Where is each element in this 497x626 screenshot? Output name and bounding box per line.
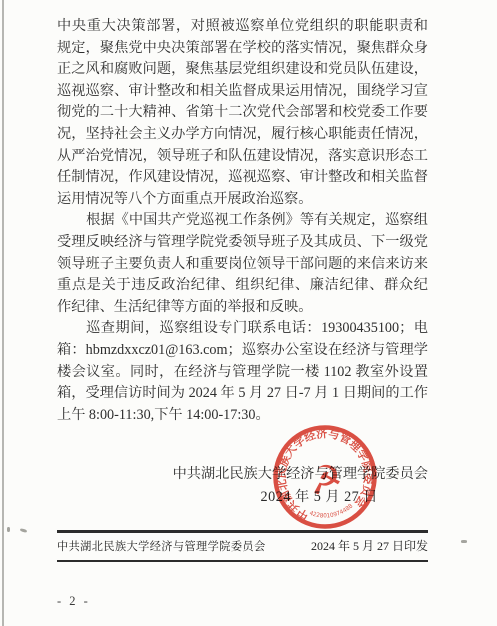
scan-speck [461, 540, 467, 543]
text-line: 领导班子主要负责人和重要岗位领导干部问题的来信来访来电， [57, 254, 428, 276]
text-line: 箱：hbmzdxxcz01@163.com；巡察办公室设在经济与管理学院四 [57, 340, 428, 362]
text-line: 巡查期间，巡察组设专门联系电话：19300435100；电子邮 [57, 318, 428, 340]
body-text: 中央重大决策部署，对照被巡察单位党组织的职能职责和“三定” 规定，聚焦党中央决策… [57, 16, 428, 426]
text-line: 正之风和腐败问题，聚焦基层党组织建设和党员队伍建设，聚焦 [57, 59, 428, 81]
scan-speck [20, 528, 28, 533]
footer-issuer: 中共湖北民族大学经济与管理学院委员会 [57, 538, 266, 554]
text-line: 规定，聚焦党中央决策部署在学校的落实情况，聚焦群众身边不 [57, 38, 428, 60]
text-line: 箱，受理信访时间为 2024 年 5 月 27 日-7 月 1 日期间的工作日 [57, 383, 428, 405]
footer: 中共湖北民族大学经济与管理学院委员会 2024 年 5 月 27 日印发 [57, 537, 428, 554]
scan-edge-line [2, 0, 4, 626]
page-number: - 2 - [57, 594, 90, 609]
text-line: 作纪律、生活纪律等方面的举报和反映。 [57, 297, 428, 319]
text-line: 楼会议室。同时，在经济与管理学院一楼 1102 教室外设置意见 [57, 362, 428, 384]
text-line: 任制情况，作风建设情况，巡视巡察、审计整改和相关监督成果 [57, 167, 428, 189]
text-line: 上午 8:00-11:30,下午 14:00-17:30。 [57, 405, 428, 427]
footer-rule-top [57, 530, 428, 533]
footer-print-date: 2024 年 5 月 27 日印发 [311, 537, 428, 554]
text-line: 况，坚持社会主义办学方向情况，履行核心职能责任情况，全面 [57, 124, 428, 146]
text-line: 运用情况等八个方面重点开展政治巡察。 [57, 189, 428, 211]
text-line: 重点是关于违反政治纪律、组织纪律、廉洁纪律、群众纪律、工 [57, 275, 428, 297]
text-line: 受理反映经济与管理学院党委领导班子及其成员、下一级党组织 [57, 232, 428, 254]
text-line: 巡视巡察、审计整改和相关监督成果运用情况，围绕学习宣传贯 [57, 81, 428, 103]
hammer-sickle-icon: ☭ [304, 455, 346, 505]
text-line: 从严治党情况，领导班子和队伍建设情况，落实意识形态工作责 [57, 146, 428, 168]
text-line: 中央重大决策部署，对照被巡察单位党组织的职能职责和“三定” [57, 16, 428, 38]
scan-speck [7, 527, 10, 532]
text-line: 彻党的二十大精神、省第十二次党代会部署和校党委工作要求情 [57, 102, 428, 124]
text-line: 根据《中国共产党巡视工作条例》等有关规定，巡察组主要 [57, 210, 428, 232]
official-seal: 中共湖北民族大学经济与管理学院委员会 ☭ 4228010974488 [261, 413, 389, 541]
footer-rule-bottom [57, 560, 428, 562]
document-page: 中央重大决策部署，对照被巡察单位党组织的职能职责和“三定” 规定，聚焦党中央决策… [0, 0, 497, 626]
